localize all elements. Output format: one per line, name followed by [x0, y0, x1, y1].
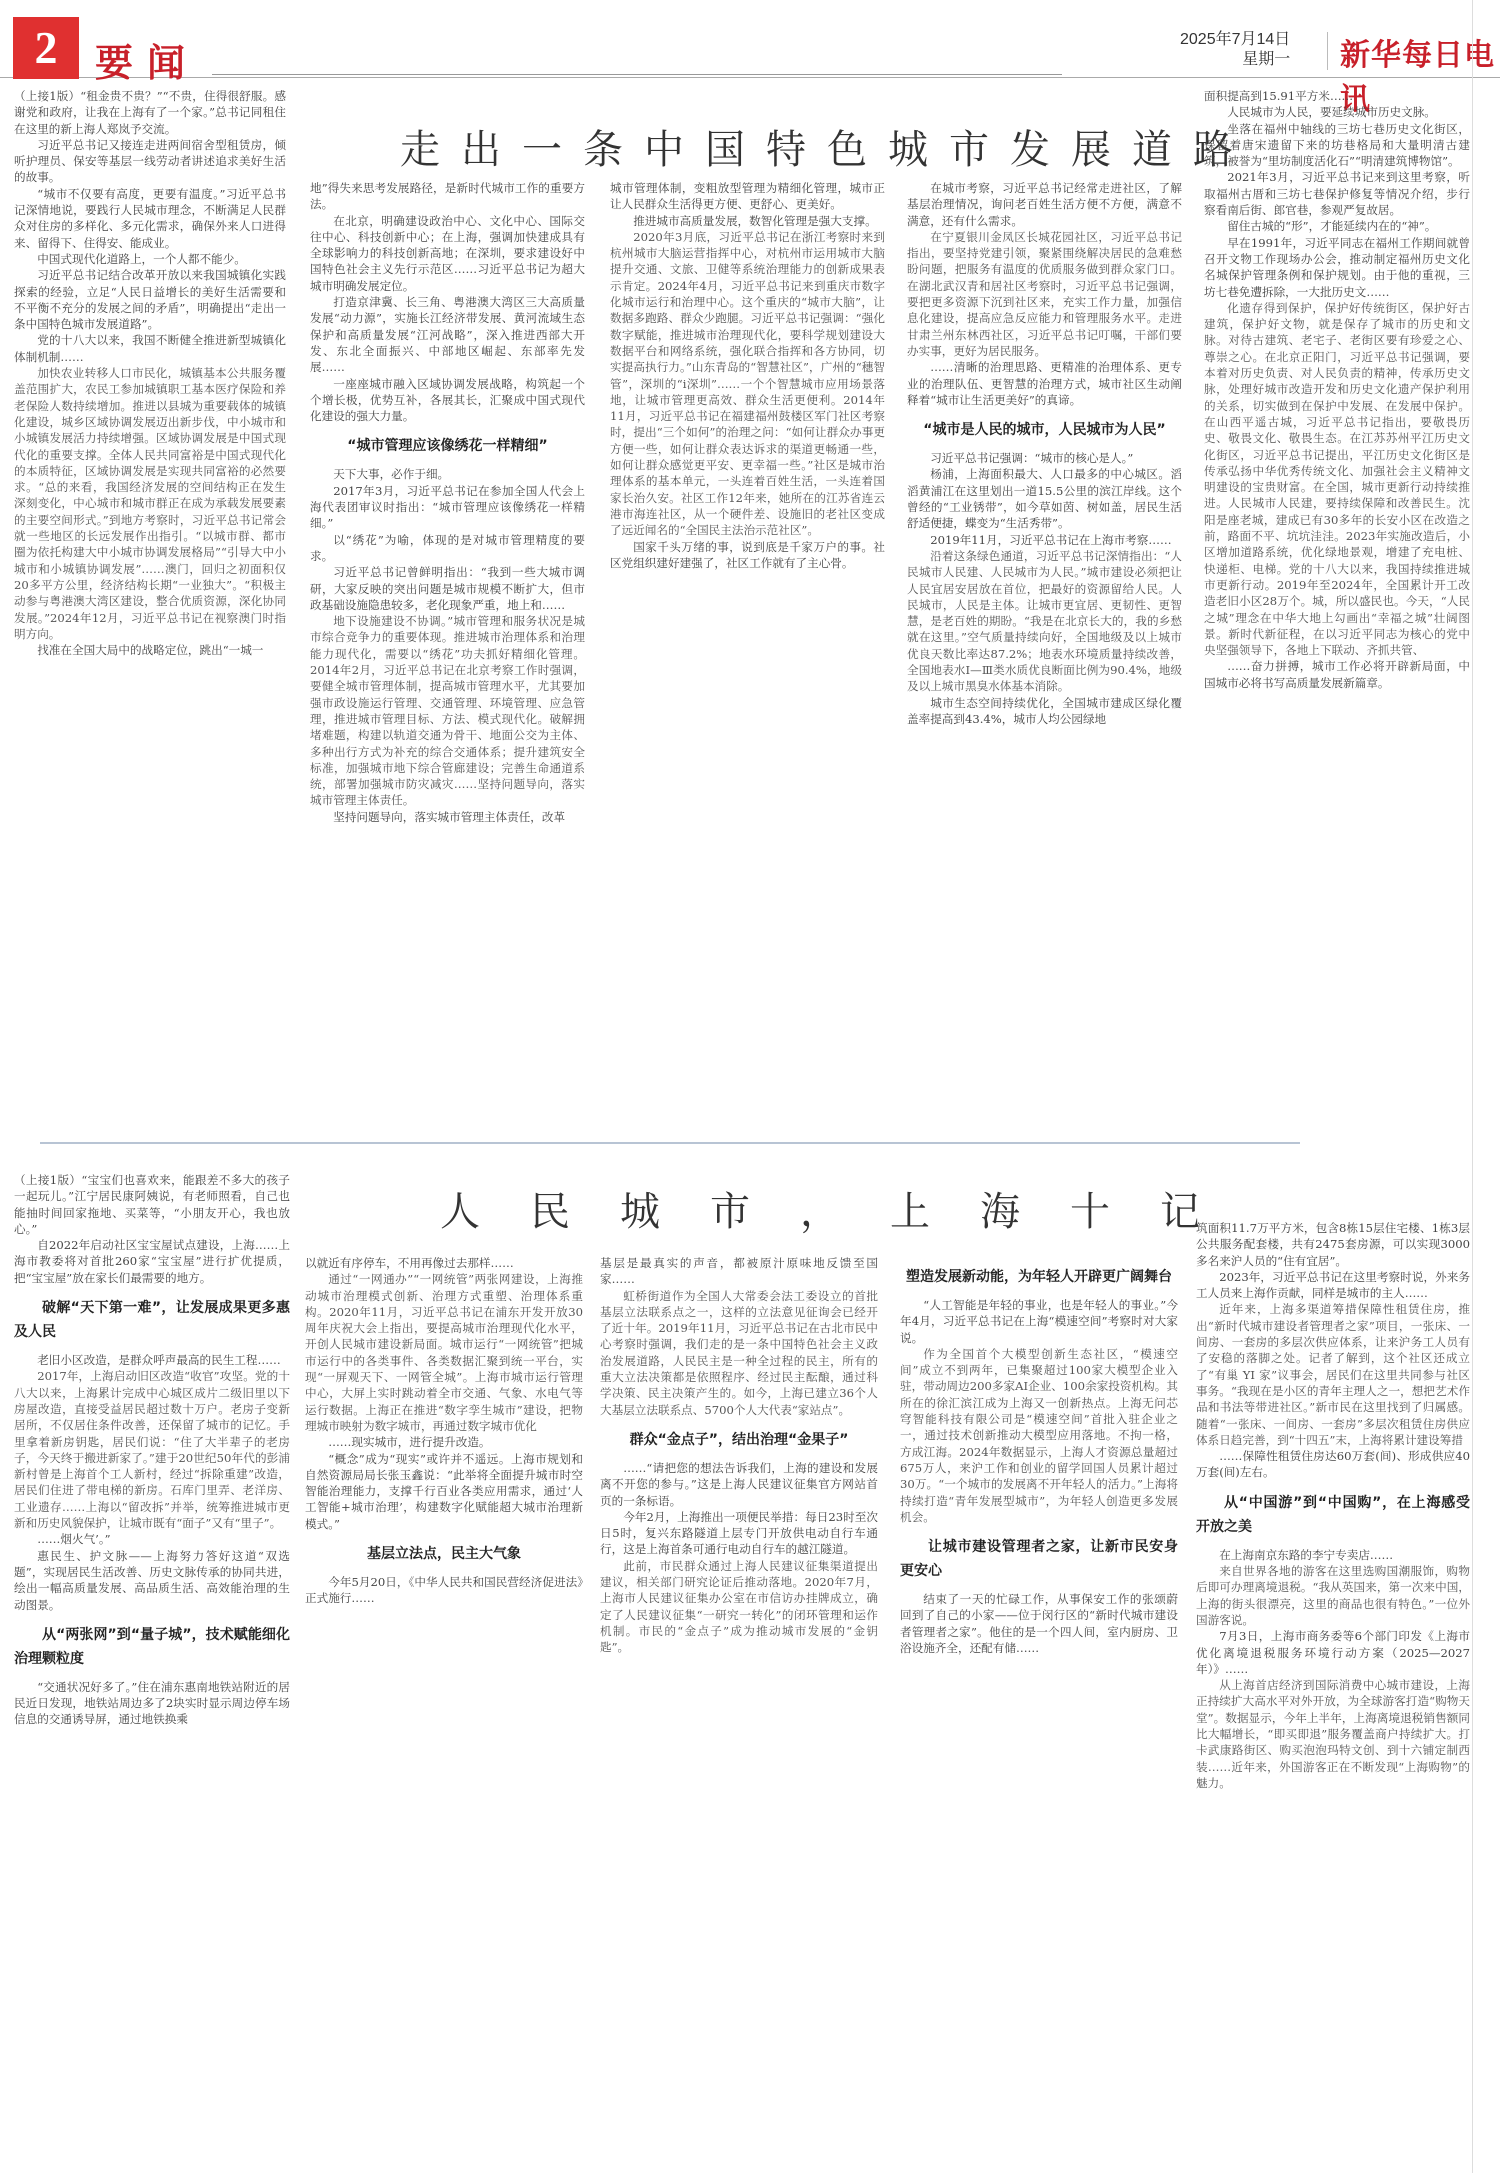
paragraph: 结束了一天的忙碌工作，从事保安工作的张颂蔚回到了自己的小家——位于闵行区的“新时…: [900, 1591, 1178, 1656]
paragraph: 惠民生、护文脉——上海努力答好这道“双选题”，实现居民生活改善、历史文脉传承的协…: [14, 1548, 290, 1613]
article-title: 走出一条中国特色城市发展道路: [400, 118, 1254, 175]
masthead: 2 要闻 2025年7月14日 星期一 新华每日电讯: [0, 0, 1500, 78]
article-title: 人民城市，上海十记: [440, 1180, 1250, 1237]
paragraph: 2021年3月，习近平总书记来到这里考察，听取福州古厝和三坊七巷保护修复等情况介…: [1204, 169, 1470, 218]
article-divider: [40, 1142, 1300, 1144]
paragraph: 老旧小区改造，是群众呼声最高的民生工程……: [14, 1352, 290, 1368]
paragraph: 今年2月，上海推出一项便民举措：每日23时至次日5时，复兴东路隧道上层专门开放供…: [600, 1509, 878, 1558]
subheading: “城市管理应该像绣花一样精细”: [310, 434, 585, 458]
paragraph: 以就近有序停车，不用再像过去那样……: [305, 1255, 583, 1271]
subheading: “城市是人民的城市，人民城市为人民”: [907, 418, 1182, 442]
paragraph: 地”得失来思考发展路径，是新时代城市工作的重要方法。: [310, 180, 585, 213]
issue-date: 2025年7月14日: [1180, 30, 1290, 50]
paragraph: 人民城市为人民，要延续城市历史文脉。: [1204, 104, 1470, 120]
article-column-2: 以就近有序停车，不用再像过去那样…… 通过“一网通办”“一网统管”两张网建设，上…: [305, 1255, 583, 2167]
paragraph: （上接1版）“宝宝们也喜欢来，能跟差不多大的孩子一起玩儿。”江宁居民康阿姨说，有…: [14, 1172, 290, 1237]
paragraph: 国家千头万绪的事，说到底是千家万户的事。社区党组织建好建强了，社区工作就有了主心…: [610, 539, 885, 572]
paragraph: ……烟火气’。”: [14, 1531, 290, 1547]
issue-weekday: 星期一: [1180, 50, 1290, 70]
subheading: 群众“金点子”，结出治理“金果子”: [600, 1428, 878, 1452]
article-column-4: 在城市考察，习近平总书记经常走进社区，了解基层治理情况，询问老百姓生活方便不方便…: [907, 180, 1182, 1118]
paragraph: 打造京津冀、长三角、粤港澳大湾区三大高质量发展“动力源”，实施长江经济带发展、黄…: [310, 294, 585, 375]
paragraph: 面积提高到15.91平方米……: [1204, 88, 1470, 104]
article-column-3: 城市管理体制，变粗放型管理为精细化管理，城市正让人民群众生活得更方便、更舒心、更…: [610, 180, 885, 1118]
paragraph: 早在1991年，习近平同志在福州工作期间就曾召开文物工作现场办公会，推动制定福州…: [1204, 235, 1470, 300]
paragraph: 习近平总书记强调：“城市的核心是人。”: [907, 450, 1182, 466]
paragraph: ……现实城市，进行提升改造。: [305, 1434, 583, 1450]
paragraph: 在北京，明确建设政治中心、文化中心、国际交往中心、科技创新中心；在上海，强调加快…: [310, 213, 585, 294]
paragraph: 杨浦，上海面积最大、人口最多的中心城区。滔滔黄浦江在这里划出一道15.5公里的滨…: [907, 466, 1182, 531]
subheading: 从“中国游”到“中国购”，在上海感受开放之美: [1196, 1491, 1470, 1539]
paragraph: 习近平总书记结合改革开放以来我国城镇化实践探索的经验，立足“人民日益增长的美好生…: [14, 267, 286, 332]
article-column-1: （上接1版）“租金贵不贵？”“不贵，住得很舒服。感谢党和政府，让我在上海有了一个…: [14, 88, 286, 1118]
subheading: 塑造发展新动能，为年轻人开辟更广阔舞台: [900, 1265, 1178, 1289]
paragraph: 2017年3月，习近平总书记在参加全国人代会上海代表团审议时指出：“城市管理应该…: [310, 483, 585, 532]
paragraph: “人工智能是年轻的事业，也是年轻人的事业。”今年4月，习近平总书记在上海“模速空…: [900, 1297, 1178, 1346]
paragraph: “城市不仅要有高度，更要有温度。”习近平总书记深情地说，要践行人民城市理念，不断…: [14, 186, 286, 251]
paragraph: 在上海南京东路的李宁专卖店……: [1196, 1547, 1470, 1563]
paragraph: 党的十八大以来，我国不断健全推进新型城镇化体制机制……: [14, 332, 286, 365]
paragraph: 坚持问题导向，落实城市管理主体责任，改革: [310, 809, 585, 825]
subheading: 从“两张网”到“量子城”，技术赋能细化治理颗粒度: [14, 1623, 290, 1671]
article-column-4: 塑造发展新动能，为年轻人开辟更广阔舞台 “人工智能是年轻的事业，也是年轻人的事业…: [900, 1255, 1178, 2167]
paragraph: “交通状况好多了。”住在浦东惠南地铁站附近的居民近日发现，地铁站周边多了2块实时…: [14, 1679, 290, 1728]
article-column-3: 基层是最真实的声音，都被原汁原味地反馈至国家…… 虹桥街道作为全国人大常委会法工…: [600, 1255, 878, 2167]
paragraph: 在城市考察，习近平总书记经常走进社区，了解基层治理情况，询问老百姓生活方便不方便…: [907, 180, 1182, 229]
paragraph: 今年5月20日，《中华人民共和国民营经济促进法》正式施行……: [305, 1574, 583, 1607]
article-column-2: 地”得失来思考发展路径，是新时代城市工作的重要方法。 在北京，明确建设政治中心、…: [310, 180, 585, 1118]
paragraph: 筑面积11.7万平方米，包含8栋15层住宅楼、1栋3层公共服务配套楼，共有247…: [1196, 1220, 1470, 1269]
paragraph: 天下大事，必作于细。: [310, 466, 585, 482]
paragraph: 自2022年启动社区宝宝屋试点建设，上海……上海市教委将对首批260家“宝宝屋”…: [14, 1237, 290, 1286]
paragraph: 2019年11月，习近平总书记在上海市考察……: [907, 532, 1182, 548]
masthead-separator: [1327, 32, 1328, 70]
paragraph: ……保障性租赁住房达60万套(间)、形成供应40万套(间)左右。: [1196, 1448, 1470, 1481]
paragraph: 城市管理体制，变粗放型管理为精细化管理，城市正让人民群众生活得更方便、更舒心、更…: [610, 180, 885, 213]
paragraph: 留住古城的“形”，才能延续内在的“神”。: [1204, 218, 1470, 234]
paragraph: ……清晰的治理思路、更精准的治理体系、更专业的治理队伍、更智慧的治理方式，城市社…: [907, 359, 1182, 408]
section-rule: [212, 74, 1062, 75]
paragraph: 习近平总书记又接连走进两间宿舍型租赁房，倾听护理员、保安等基层一线劳动者讲述追求…: [14, 137, 286, 186]
paragraph: 7月3日，上海市商务委等6个部门印发《上海市优化离境退税服务环境行动方案（202…: [1196, 1628, 1470, 1677]
section-title: 要闻: [95, 32, 199, 87]
paragraph: 基层是最真实的声音，都被原汁原味地反馈至国家……: [600, 1255, 878, 1288]
paragraph: ……“请把您的想法告诉我们，上海的建设和发展离不开您的参与。”这是上海人民建议征…: [600, 1460, 878, 1509]
paragraph: 坐落在福州中轴线的三坊七巷历史文化街区，保留着唐宋遗留下来的坊巷格局和大量明清古…: [1204, 121, 1470, 170]
subheading: 让城市建设管理者之家，让新市民安身更安心: [900, 1535, 1178, 1583]
paragraph: 推进城市高质量发展，数智化管理是强大支撑。: [610, 213, 885, 229]
paragraph: 习近平总书记曾鲜明指出：“我到一些大城市调研，大家反映的突出问题是城市规模不断扩…: [310, 564, 585, 613]
paragraph: 以“绣花”为喻，体现的是对城市管理精度的要求。: [310, 532, 585, 565]
paragraph: 找准在全国大局中的战略定位，跳出“一城一: [14, 642, 286, 658]
page-edge: [1472, 0, 1473, 2173]
date-block: 2025年7月14日 星期一: [1180, 30, 1290, 70]
paragraph: 一座座城市融入区域协调发展战略，构筑起一个个增长极，优势互补，各展其长，汇聚成中…: [310, 376, 585, 425]
subheading: 基层立法点，民主大气象: [305, 1542, 583, 1566]
page-number-badge: 2: [13, 17, 79, 79]
subheading: 破解“天下第一难”，让发展成果更多惠及人民: [14, 1296, 290, 1344]
paragraph: 中国式现代化道路上，一个人都不能少。: [14, 251, 286, 267]
article-column-1: （上接1版）“宝宝们也喜欢来，能跟差不多大的孩子一起玩儿。”江宁居民康阿姨说，有…: [14, 1172, 290, 2167]
paragraph: 2023年，习近平总书记在这里考察时说，外来务工人员来上海作贡献，同样是城市的主…: [1196, 1269, 1470, 1302]
article-column-5: 面积提高到15.91平方米…… 人民城市为人民，要延续城市历史文脉。 坐落在福州…: [1204, 88, 1470, 1118]
article-column-5: 筑面积11.7万平方米，包含8栋15层住宅楼、1栋3层公共服务配套楼，共有247…: [1196, 1220, 1470, 2167]
paragraph: “概念”成为“现实”或许并不遥远。上海市规划和自然资源局局长张玉鑫说：“此举将全…: [305, 1451, 583, 1532]
paragraph: （上接1版）“租金贵不贵？”“不贵，住得很舒服。感谢党和政府，让我在上海有了一个…: [14, 88, 286, 137]
paragraph: 城市生态空间持续优化，全国城市建成区绿化覆盖率提高到43.4%，城市人均公园绿地: [907, 695, 1182, 728]
paragraph: ……奋力拼搏，城市工作必将开辟新局面，中国城市必将书写高质量发展新篇章。: [1204, 658, 1470, 691]
